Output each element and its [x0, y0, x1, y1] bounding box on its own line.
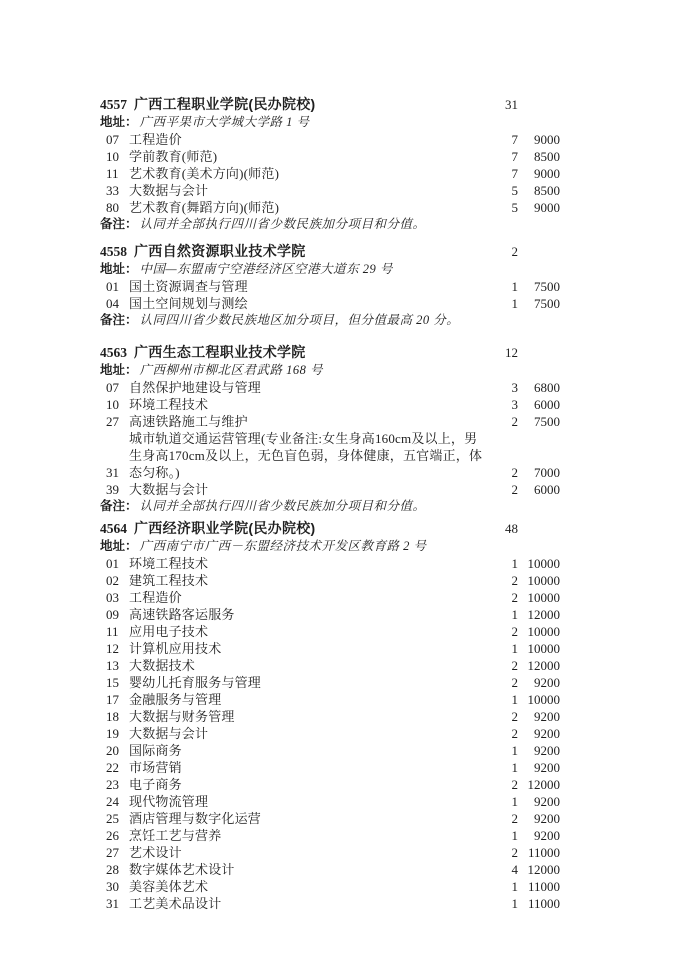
- major-code: 27: [106, 413, 123, 430]
- major-count: 2: [488, 844, 518, 861]
- college-block: 4563广西生态工程职业技术学院 12 地址： 广西柳州市柳北区君武路 168 …: [100, 343, 560, 515]
- major-count: 2: [488, 674, 518, 691]
- major-fee: 10000: [518, 555, 560, 572]
- college-total-count: 12: [484, 344, 518, 362]
- note-text: 认同并全部执行四川省少数民族加分项目和分值。: [140, 216, 426, 233]
- major-count: 2: [488, 657, 518, 674]
- major-count: 1: [488, 827, 518, 844]
- major-code: 24: [106, 793, 123, 810]
- note-text: 认同并全部执行四川省少数民族加分项目和分值。: [140, 498, 426, 515]
- college-total-count: 31: [484, 96, 518, 114]
- major-count: 7: [488, 131, 518, 148]
- major-fee: 9200: [518, 827, 560, 844]
- major-fee: 12000: [518, 776, 560, 793]
- major-fee: 6000: [518, 396, 560, 413]
- major-code: 18: [106, 708, 123, 725]
- major-row: 33 大数据与会计 5 8500: [100, 182, 560, 199]
- major-row: 31 工艺美术品设计 1 11000: [100, 895, 560, 912]
- address-label: 地址：: [100, 261, 138, 278]
- major-name: 现代物流管理: [129, 793, 488, 810]
- major-fee: 10000: [518, 691, 560, 708]
- major-row: 18 大数据与财务管理 2 9200: [100, 708, 560, 725]
- major-name: 国际商务: [129, 742, 488, 759]
- major-code: 80: [106, 199, 123, 216]
- college-title: 4563广西生态工程职业技术学院: [100, 343, 484, 362]
- major-name: 酒店管理与数字化运营: [129, 810, 488, 827]
- major-fee: 12000: [518, 657, 560, 674]
- major-code: 25: [106, 810, 123, 827]
- major-code: 04: [106, 295, 123, 312]
- major-fee: 9200: [518, 708, 560, 725]
- major-name: 大数据技术: [129, 657, 488, 674]
- major-code: 23: [106, 776, 123, 793]
- major-count: 4: [488, 861, 518, 878]
- major-code: 26: [106, 827, 123, 844]
- major-code: 30: [106, 878, 123, 895]
- major-name: 应用电子技术: [129, 623, 488, 640]
- address-text: 中国—东盟南宁空港经济区空港大道东 29 号: [140, 261, 393, 278]
- major-row: 22 市场营销 1 9200: [100, 759, 560, 776]
- major-count: 1: [488, 278, 518, 295]
- major-fee: 9200: [518, 742, 560, 759]
- major-name: 高速铁路施工与维护: [129, 413, 488, 430]
- major-fee: 10000: [518, 640, 560, 657]
- major-name: 市场营销: [129, 759, 488, 776]
- address-label: 地址：: [100, 362, 138, 379]
- majors: 01 国土资源调查与管理 1 7500 04 国土空间规划与测绘 1 7500: [100, 278, 560, 312]
- major-row: 30 美容美体艺术 1 11000: [100, 878, 560, 895]
- major-code: 22: [106, 759, 123, 776]
- major-code: 07: [106, 131, 123, 148]
- major-code: 19: [106, 725, 123, 742]
- major-count: 1: [488, 640, 518, 657]
- major-fee: 12000: [518, 861, 560, 878]
- major-count: 2: [488, 464, 518, 481]
- major-fee: 7500: [518, 295, 560, 312]
- major-code: 13: [106, 657, 123, 674]
- major-row: 17 金融服务与管理 1 10000: [100, 691, 560, 708]
- major-name: 大数据与财务管理: [129, 708, 488, 725]
- address-row: 地址： 广西柳州市柳北区君武路 168 号: [100, 362, 560, 379]
- major-code: 03: [106, 589, 123, 606]
- major-name: 艺术设计: [129, 844, 488, 861]
- major-name: 国土空间规划与测绘: [129, 295, 488, 312]
- note-text: 认同四川省少数民族地区加分项目，但分值最高 20 分。: [140, 312, 460, 329]
- majors: 07 自然保护地建设与管理 3 6800 10 环境工程技术 3 6000 27…: [100, 379, 560, 498]
- college-block: 4557广西工程职业学院(民办院校) 31 地址： 广西平果市大学城大学路 1 …: [100, 95, 560, 233]
- major-fee: 11000: [518, 878, 560, 895]
- major-row: 19 大数据与会计 2 9200: [100, 725, 560, 742]
- college-name: 广西工程职业学院(民办院校): [134, 96, 316, 112]
- major-count: 1: [488, 295, 518, 312]
- major-count: 7: [488, 165, 518, 182]
- major-row: 11 艺术教育(美术方向)(师范) 7 9000: [100, 165, 560, 182]
- college-code: 4563: [100, 345, 127, 360]
- college-header-row: 4563广西生态工程职业技术学院 12: [100, 343, 560, 362]
- major-code: 11: [106, 165, 123, 182]
- major-name: 艺术教育(舞蹈方向)(师范): [129, 199, 488, 216]
- major-fee: 9200: [518, 725, 560, 742]
- major-count: 2: [488, 725, 518, 742]
- address-text: 广西南宁市广西－东盟经济技术开发区教育路 2 号: [140, 538, 427, 555]
- major-code: 12: [106, 640, 123, 657]
- major-fee: 9200: [518, 810, 560, 827]
- major-fee: 9200: [518, 793, 560, 810]
- major-fee: 10000: [518, 623, 560, 640]
- major-name: 大数据与会计: [129, 481, 488, 498]
- major-row: 12 计算机应用技术 1 10000: [100, 640, 560, 657]
- address-row: 地址： 广西南宁市广西－东盟经济技术开发区教育路 2 号: [100, 538, 560, 555]
- major-code: 01: [106, 278, 123, 295]
- major-fee: 8500: [518, 182, 560, 199]
- major-name: 金融服务与管理: [129, 691, 488, 708]
- major-code: 02: [106, 572, 123, 589]
- major-row: 31 城市轨道交通运营管理(专业备注:女生身高160cm及以上，男生身高170c…: [100, 430, 560, 481]
- major-name: 环境工程技术: [129, 555, 488, 572]
- major-count: 2: [488, 481, 518, 498]
- college-name: 广西自然资源职业技术学院: [134, 243, 306, 259]
- major-name: 自然保护地建设与管理: [129, 379, 488, 396]
- major-name: 建筑工程技术: [129, 572, 488, 589]
- major-name: 工程造价: [129, 589, 488, 606]
- major-count: 7: [488, 148, 518, 165]
- major-row: 13 大数据技术 2 12000: [100, 657, 560, 674]
- major-row: 07 自然保护地建设与管理 3 6800: [100, 379, 560, 396]
- major-count: 1: [488, 691, 518, 708]
- major-name: 艺术教育(美术方向)(师范): [129, 165, 488, 182]
- college-header-row: 4564广西经济职业学院(民办院校) 48: [100, 519, 560, 538]
- major-count: 2: [488, 708, 518, 725]
- major-fee: 7000: [518, 464, 560, 481]
- major-name: 工艺美术品设计: [129, 895, 488, 912]
- major-count: 2: [488, 589, 518, 606]
- major-row: 01 环境工程技术 1 10000: [100, 555, 560, 572]
- major-fee: 7500: [518, 413, 560, 430]
- note-row: 备注： 认同四川省少数民族地区加分项目，但分值最高 20 分。: [100, 312, 560, 329]
- major-fee: 12000: [518, 606, 560, 623]
- major-code: 27: [106, 844, 123, 861]
- major-count: 5: [488, 199, 518, 216]
- major-name: 大数据与会计: [129, 725, 488, 742]
- major-name: 学前教育(师范): [129, 148, 488, 165]
- major-row: 04 国土空间规划与测绘 1 7500: [100, 295, 560, 312]
- college-block: 4564广西经济职业学院(民办院校) 48 地址： 广西南宁市广西－东盟经济技术…: [100, 519, 560, 912]
- major-row: 39 大数据与会计 2 6000: [100, 481, 560, 498]
- note-row: 备注： 认同并全部执行四川省少数民族加分项目和分值。: [100, 216, 560, 233]
- college-code: 4558: [100, 244, 127, 259]
- major-row: 10 环境工程技术 3 6000: [100, 396, 560, 413]
- major-count: 3: [488, 396, 518, 413]
- note-row: 备注： 认同并全部执行四川省少数民族加分项目和分值。: [100, 498, 560, 515]
- major-count: 2: [488, 623, 518, 640]
- major-count: 3: [488, 379, 518, 396]
- major-fee: 9000: [518, 131, 560, 148]
- major-fee: 8500: [518, 148, 560, 165]
- major-row: 23 电子商务 2 12000: [100, 776, 560, 793]
- note-label: 备注：: [100, 498, 138, 515]
- major-name: 城市轨道交通运营管理(专业备注:女生身高160cm及以上，男生身高170cm及以…: [129, 430, 488, 481]
- major-fee: 9000: [518, 199, 560, 216]
- major-fee: 6000: [518, 481, 560, 498]
- major-fee: 9200: [518, 674, 560, 691]
- major-count: 5: [488, 182, 518, 199]
- major-name: 计算机应用技术: [129, 640, 488, 657]
- major-row: 07 工程造价 7 9000: [100, 131, 560, 148]
- college-name: 广西生态工程职业技术学院: [134, 344, 306, 360]
- major-fee: 7500: [518, 278, 560, 295]
- major-row: 01 国土资源调查与管理 1 7500: [100, 278, 560, 295]
- major-name: 美容美体艺术: [129, 878, 488, 895]
- major-count: 1: [488, 742, 518, 759]
- major-row: 28 数字媒体艺术设计 4 12000: [100, 861, 560, 878]
- major-count: 1: [488, 555, 518, 572]
- college-title: 4558广西自然资源职业技术学院: [100, 242, 484, 261]
- major-code: 15: [106, 674, 123, 691]
- major-row: 24 现代物流管理 1 9200: [100, 793, 560, 810]
- major-row: 25 酒店管理与数字化运营 2 9200: [100, 810, 560, 827]
- major-code: 33: [106, 182, 123, 199]
- major-name: 工程造价: [129, 131, 488, 148]
- major-name: 国土资源调查与管理: [129, 278, 488, 295]
- document-page: 4557广西工程职业学院(民办院校) 31 地址： 广西平果市大学城大学路 1 …: [0, 0, 680, 961]
- address-label: 地址：: [100, 538, 138, 555]
- major-name: 电子商务: [129, 776, 488, 793]
- major-code: 07: [106, 379, 123, 396]
- major-name: 数字媒体艺术设计: [129, 861, 488, 878]
- major-code: 09: [106, 606, 123, 623]
- major-count: 1: [488, 895, 518, 912]
- major-code: 28: [106, 861, 123, 878]
- major-row: 27 艺术设计 2 11000: [100, 844, 560, 861]
- major-row: 15 婴幼儿托育服务与管理 2 9200: [100, 674, 560, 691]
- note-label: 备注：: [100, 312, 138, 329]
- major-code: 11: [106, 623, 123, 640]
- majors: 07 工程造价 7 9000 10 学前教育(师范) 7 8500 11 艺术教…: [100, 131, 560, 216]
- colleges: 4557广西工程职业学院(民办院校) 31 地址： 广西平果市大学城大学路 1 …: [100, 95, 560, 912]
- college-title: 4557广西工程职业学院(民办院校): [100, 95, 484, 114]
- major-count: 2: [488, 810, 518, 827]
- major-name: 高速铁路客运服务: [129, 606, 488, 623]
- college-block: 4558广西自然资源职业技术学院 2 地址： 中国—东盟南宁空港经济区空港大道东…: [100, 242, 560, 329]
- address-row: 地址： 中国—东盟南宁空港经济区空港大道东 29 号: [100, 261, 560, 278]
- college-code: 4564: [100, 521, 127, 536]
- major-fee: 6800: [518, 379, 560, 396]
- college-title: 4564广西经济职业学院(民办院校): [100, 519, 484, 538]
- major-code: 10: [106, 148, 123, 165]
- college-code: 4557: [100, 97, 127, 112]
- major-row: 09 高速铁路客运服务 1 12000: [100, 606, 560, 623]
- major-row: 10 学前教育(师范) 7 8500: [100, 148, 560, 165]
- major-fee: 9000: [518, 165, 560, 182]
- majors: 01 环境工程技术 1 10000 02 建筑工程技术 2 10000 03 工…: [100, 555, 560, 912]
- major-count: 1: [488, 878, 518, 895]
- major-count: 2: [488, 776, 518, 793]
- note-label: 备注：: [100, 216, 138, 233]
- major-name: 婴幼儿托育服务与管理: [129, 674, 488, 691]
- major-fee: 11000: [518, 844, 560, 861]
- major-row: 11 应用电子技术 2 10000: [100, 623, 560, 640]
- major-count: 2: [488, 572, 518, 589]
- college-name: 广西经济职业学院(民办院校): [134, 520, 316, 536]
- major-code: 31: [106, 464, 123, 481]
- major-count: 1: [488, 759, 518, 776]
- major-row: 20 国际商务 1 9200: [100, 742, 560, 759]
- major-code: 17: [106, 691, 123, 708]
- major-code: 39: [106, 481, 123, 498]
- major-name: 烹饪工艺与营养: [129, 827, 488, 844]
- college-header-row: 4558广西自然资源职业技术学院 2: [100, 242, 560, 261]
- major-code: 31: [106, 895, 123, 912]
- major-row: 26 烹饪工艺与营养 1 9200: [100, 827, 560, 844]
- major-name: 大数据与会计: [129, 182, 488, 199]
- college-total-count: 48: [484, 520, 518, 538]
- college-total-count: 2: [484, 243, 518, 261]
- major-row: 03 工程造价 2 10000: [100, 589, 560, 606]
- major-fee: 10000: [518, 572, 560, 589]
- address-label: 地址：: [100, 114, 138, 131]
- major-count: 1: [488, 606, 518, 623]
- address-text: 广西柳州市柳北区君武路 168 号: [140, 362, 324, 379]
- major-code: 20: [106, 742, 123, 759]
- address-text: 广西平果市大学城大学路 1 号: [140, 114, 310, 131]
- major-row: 27 高速铁路施工与维护 2 7500: [100, 413, 560, 430]
- major-code: 10: [106, 396, 123, 413]
- major-fee: 11000: [518, 895, 560, 912]
- address-row: 地址： 广西平果市大学城大学路 1 号: [100, 114, 560, 131]
- major-row: 02 建筑工程技术 2 10000: [100, 572, 560, 589]
- major-code: 01: [106, 555, 123, 572]
- major-fee: 9200: [518, 759, 560, 776]
- major-name: 环境工程技术: [129, 396, 488, 413]
- major-fee: 10000: [518, 589, 560, 606]
- major-row: 80 艺术教育(舞蹈方向)(师范) 5 9000: [100, 199, 560, 216]
- major-count: 2: [488, 413, 518, 430]
- major-count: 1: [488, 793, 518, 810]
- college-header-row: 4557广西工程职业学院(民办院校) 31: [100, 95, 560, 114]
